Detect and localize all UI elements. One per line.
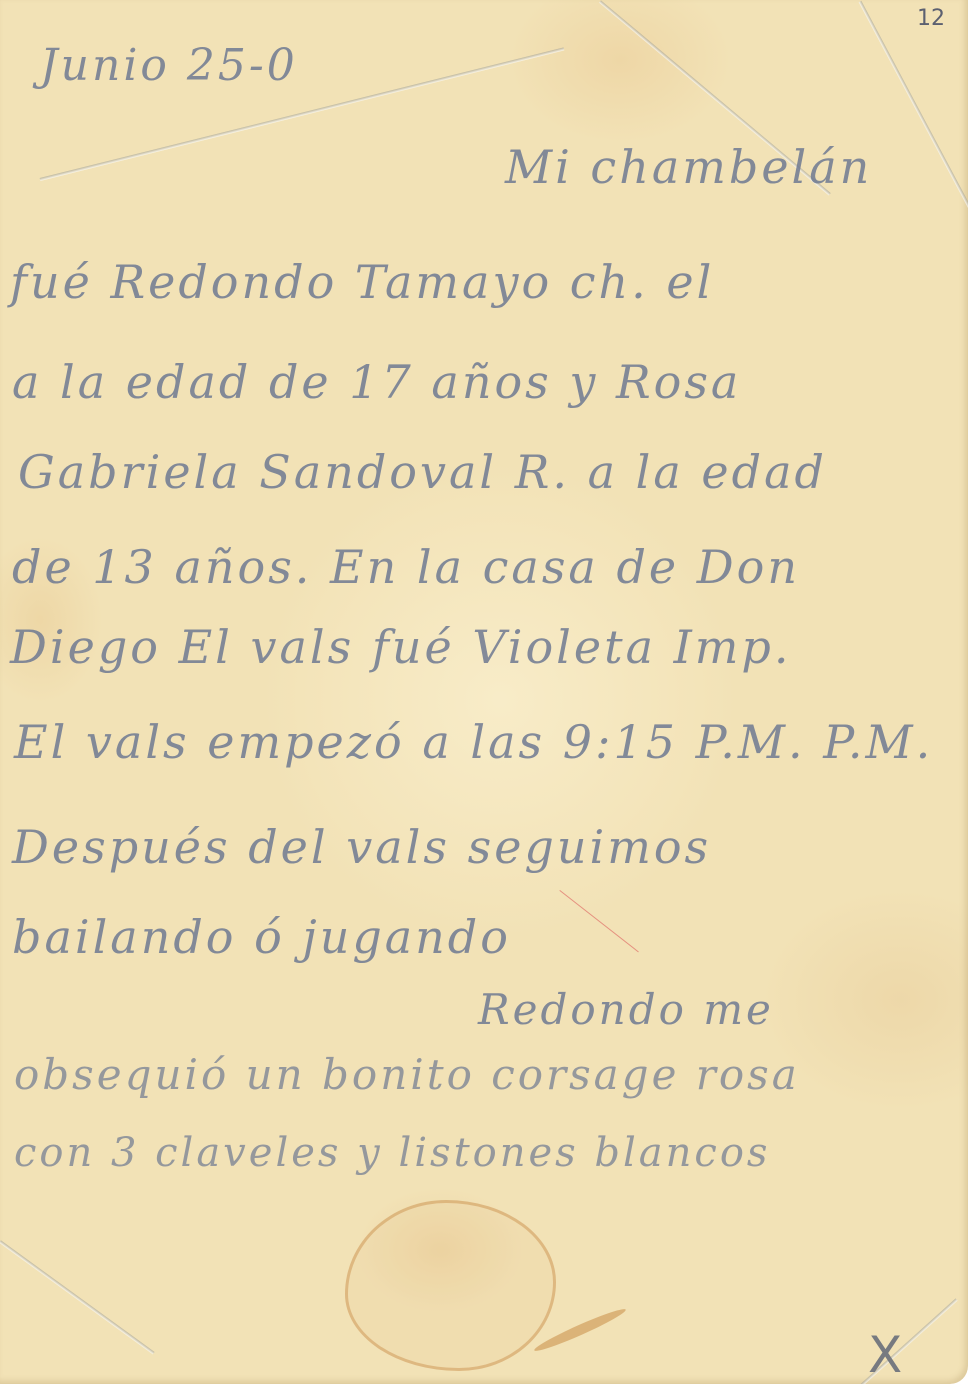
text-line-12: con 3 claveles y listones blancos <box>14 1130 770 1176</box>
text-line-6: Diego El vals fué Violeta Imp. <box>10 620 791 674</box>
document-page: 12 Junio 25-0 Mi chambelán fué Redondo T… <box>0 0 968 1384</box>
text-line-9: bailando ó jugando <box>12 910 511 964</box>
red-pencil-mark <box>559 890 638 952</box>
text-line-5: de 13 años. En la casa de Don <box>12 540 800 594</box>
text-line-4: Gabriela Sandoval R. a la edad <box>18 445 827 499</box>
text-line-8: Después del vals seguimos <box>12 820 711 874</box>
x-mark: X <box>868 1330 902 1380</box>
text-line-2: fué Redondo Tamayo ch. el <box>10 255 714 309</box>
page-number: 12 <box>917 6 945 31</box>
date-line: Junio 25-0 <box>40 40 298 91</box>
text-line-10: Redondo me <box>478 985 774 1034</box>
text-line-1: Mi chambelán <box>505 140 872 194</box>
water-stain <box>345 1200 556 1371</box>
text-line-3: a la edad de 17 años y Rosa <box>12 355 741 409</box>
fold-crease <box>859 1 968 338</box>
text-line-11: obsequió un bonito corsage rosa <box>14 1050 800 1099</box>
text-line-7: El vals empezó a las 9:15 P.M. P.M. <box>14 715 933 769</box>
fold-crease <box>0 1240 155 1354</box>
